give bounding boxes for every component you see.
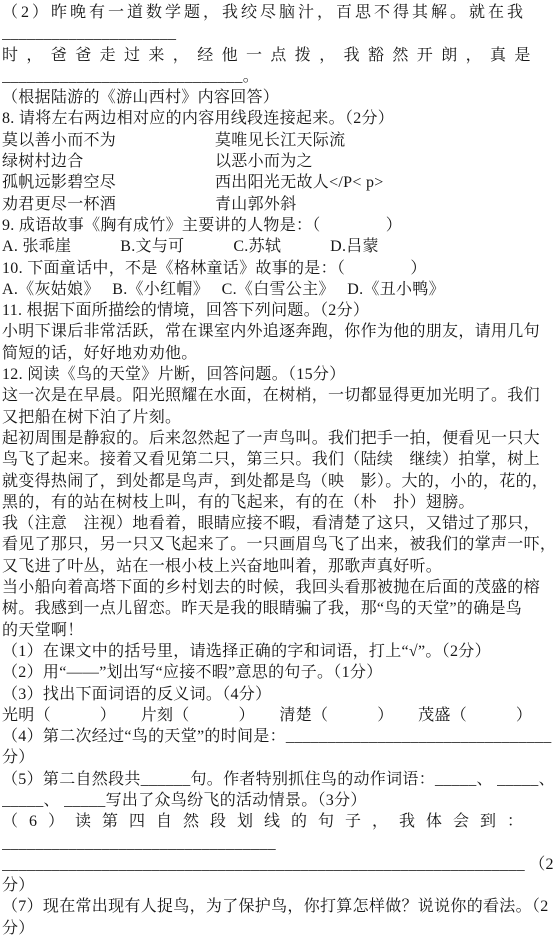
match-left-item: 劝君更尽一杯酒 bbox=[2, 194, 215, 215]
document-line: 8. 请将左右两边相对应的内容用线段连接起来。（2分） bbox=[2, 108, 558, 129]
document-line: （5）第二自然段共______句。作者特别抓住鸟的动作词语：_____、 ___… bbox=[2, 769, 558, 790]
match-pair-row: 绿树村边合以恶小而为之 bbox=[2, 151, 558, 172]
match-left-item: 绿树村边合 bbox=[2, 151, 215, 172]
document-line: 时，爸爸走过来，经他一点拨，我豁然开朗，真是 bbox=[2, 45, 558, 66]
match-left-item: 孤帆远影碧空尽 bbox=[2, 172, 215, 193]
document-line: 看见了那只，另一只又飞起来了。一只画眉鸟飞了出来，被我们的掌声一吓， bbox=[2, 534, 558, 555]
match-right-item: 青山郭外斜 bbox=[215, 194, 297, 215]
document-line: A. 张乖崖 B.文与可 C.苏轼 D.吕蒙 bbox=[2, 236, 558, 257]
document-line: 我（注意 注视）地看着，眼睛应接不暇，看清楚了这只，又错过了那只， bbox=[2, 513, 558, 534]
match-pair-row: 莫以善小而不为莫唯见长江天际流 bbox=[2, 130, 558, 151]
document-line: 10. 下面童话中，不是《格林童话》故事的是：（ ） bbox=[2, 258, 558, 279]
document-line: 9. 成语故事《胸有成竹》主要讲的人物是：（ ） bbox=[2, 215, 558, 236]
match-right-item: 莫唯见长江天际流 bbox=[215, 130, 345, 151]
document-line: 11. 根据下面所描绘的情境，回答下列问题。（2分） bbox=[2, 300, 558, 321]
document-line: 黑的，有的站在树枝上叫，有的飞起来，有的在（朴 扑）翅膀。 bbox=[2, 492, 558, 513]
document-line: _____、 _____写出了众鸟纷飞的活动情景。（3分） bbox=[2, 790, 558, 811]
document-line: 树。我感到一点儿留恋。昨天是我的眼睛骗了我，那“鸟的天堂”的确是鸟 bbox=[2, 598, 558, 619]
document-line: 分） bbox=[2, 918, 558, 939]
document-line: （6）读第四自然段划线的句子，我体会到： bbox=[2, 811, 558, 832]
document-line: A.《灰姑娘》 B.《小红帽》 C.《白雪公主》 D.《丑小鸭》 bbox=[2, 279, 558, 300]
document-line: 这一次是在早晨。阳光照耀在水面，在树梢，一切都显得更加光明了。我们 bbox=[2, 385, 558, 406]
exam-document: （2）昨晚有一道数学题，我绞尽脑汁，百思不得其解。就在我____________… bbox=[0, 0, 560, 939]
document-line: 12. 阅读《鸟的天堂》片断，回答问题。（15分） bbox=[2, 364, 558, 385]
document-line: （3）找出下面词语的反义词。（4分） bbox=[2, 684, 558, 705]
match-right-item: 西出阳光无故人</P< p> bbox=[215, 172, 384, 193]
document-line: （4）第二次经过“鸟的天堂”的时间是：_____________________… bbox=[2, 726, 558, 747]
match-right-item: 以恶小而为之 bbox=[215, 151, 313, 172]
document-line: 小明下课后非常活跃，常在课室内外追逐奔跑，你作为他的朋友，请用几句 bbox=[2, 321, 558, 342]
document-line: 的天堂啊！ bbox=[2, 620, 558, 641]
document-line: （7）现在常出现有人捉鸟，为了保护鸟，你打算怎样做？说说你的看法。（2 bbox=[2, 896, 558, 917]
document-line: 又飞进了叶丛，站在一根小枝上兴奋地叫着，那歌声真好听。 bbox=[2, 556, 558, 577]
document-line: 光明（ ） 片刻（ ） 清楚（ ） 茂盛（ ） bbox=[2, 705, 558, 726]
document-line: 就变得热闹了，到处都是鸟声，到处都是鸟（映 影）。大的，小的，花的， bbox=[2, 471, 558, 492]
document-line: 分） bbox=[2, 747, 558, 768]
document-line: 又把船在树下泊了片刻。 bbox=[2, 407, 558, 428]
document-line: ________________________________________… bbox=[2, 854, 558, 875]
document-line: 鸟飞了起来。接着又看见第二只，第三只。我们（陆续 继续）拍掌，树上 bbox=[2, 449, 558, 470]
match-pair-row: 劝君更尽一杯酒青山郭外斜 bbox=[2, 194, 558, 215]
document-line: （2）用“——”划出写“应接不暇”意思的句子。（1分） bbox=[2, 662, 558, 683]
document-line: 分） bbox=[2, 875, 558, 896]
document-line: （2）昨晚有一道数学题，我绞尽脑汁，百思不得其解。就在我 bbox=[2, 2, 558, 23]
document-line: （根据陆游的《游山西村》内容回答） bbox=[2, 87, 558, 108]
document-line: _____________________________。 bbox=[2, 66, 558, 87]
document-line: （1）在课文中的括号里，请选择正确的字和词语，打上“√”。（2分） bbox=[2, 641, 558, 662]
document-line: _________________________________ bbox=[2, 833, 558, 854]
match-left-item: 莫以善小而不为 bbox=[2, 130, 215, 151]
document-line: 当小船向着高塔下面的乡村划去的时候，我回头看那被抛在后面的茂盛的榕 bbox=[2, 577, 558, 598]
document-line: 简短的话，好好地劝劝他。 bbox=[2, 343, 558, 364]
match-pair-row: 孤帆远影碧空尽西出阳光无故人</P< p> bbox=[2, 172, 558, 193]
document-line: 起初周围是静寂的。后来忽然起了一声鸟叫。我们把手一拍，便看见一只大 bbox=[2, 428, 558, 449]
document-line: _____________________ bbox=[2, 23, 558, 44]
